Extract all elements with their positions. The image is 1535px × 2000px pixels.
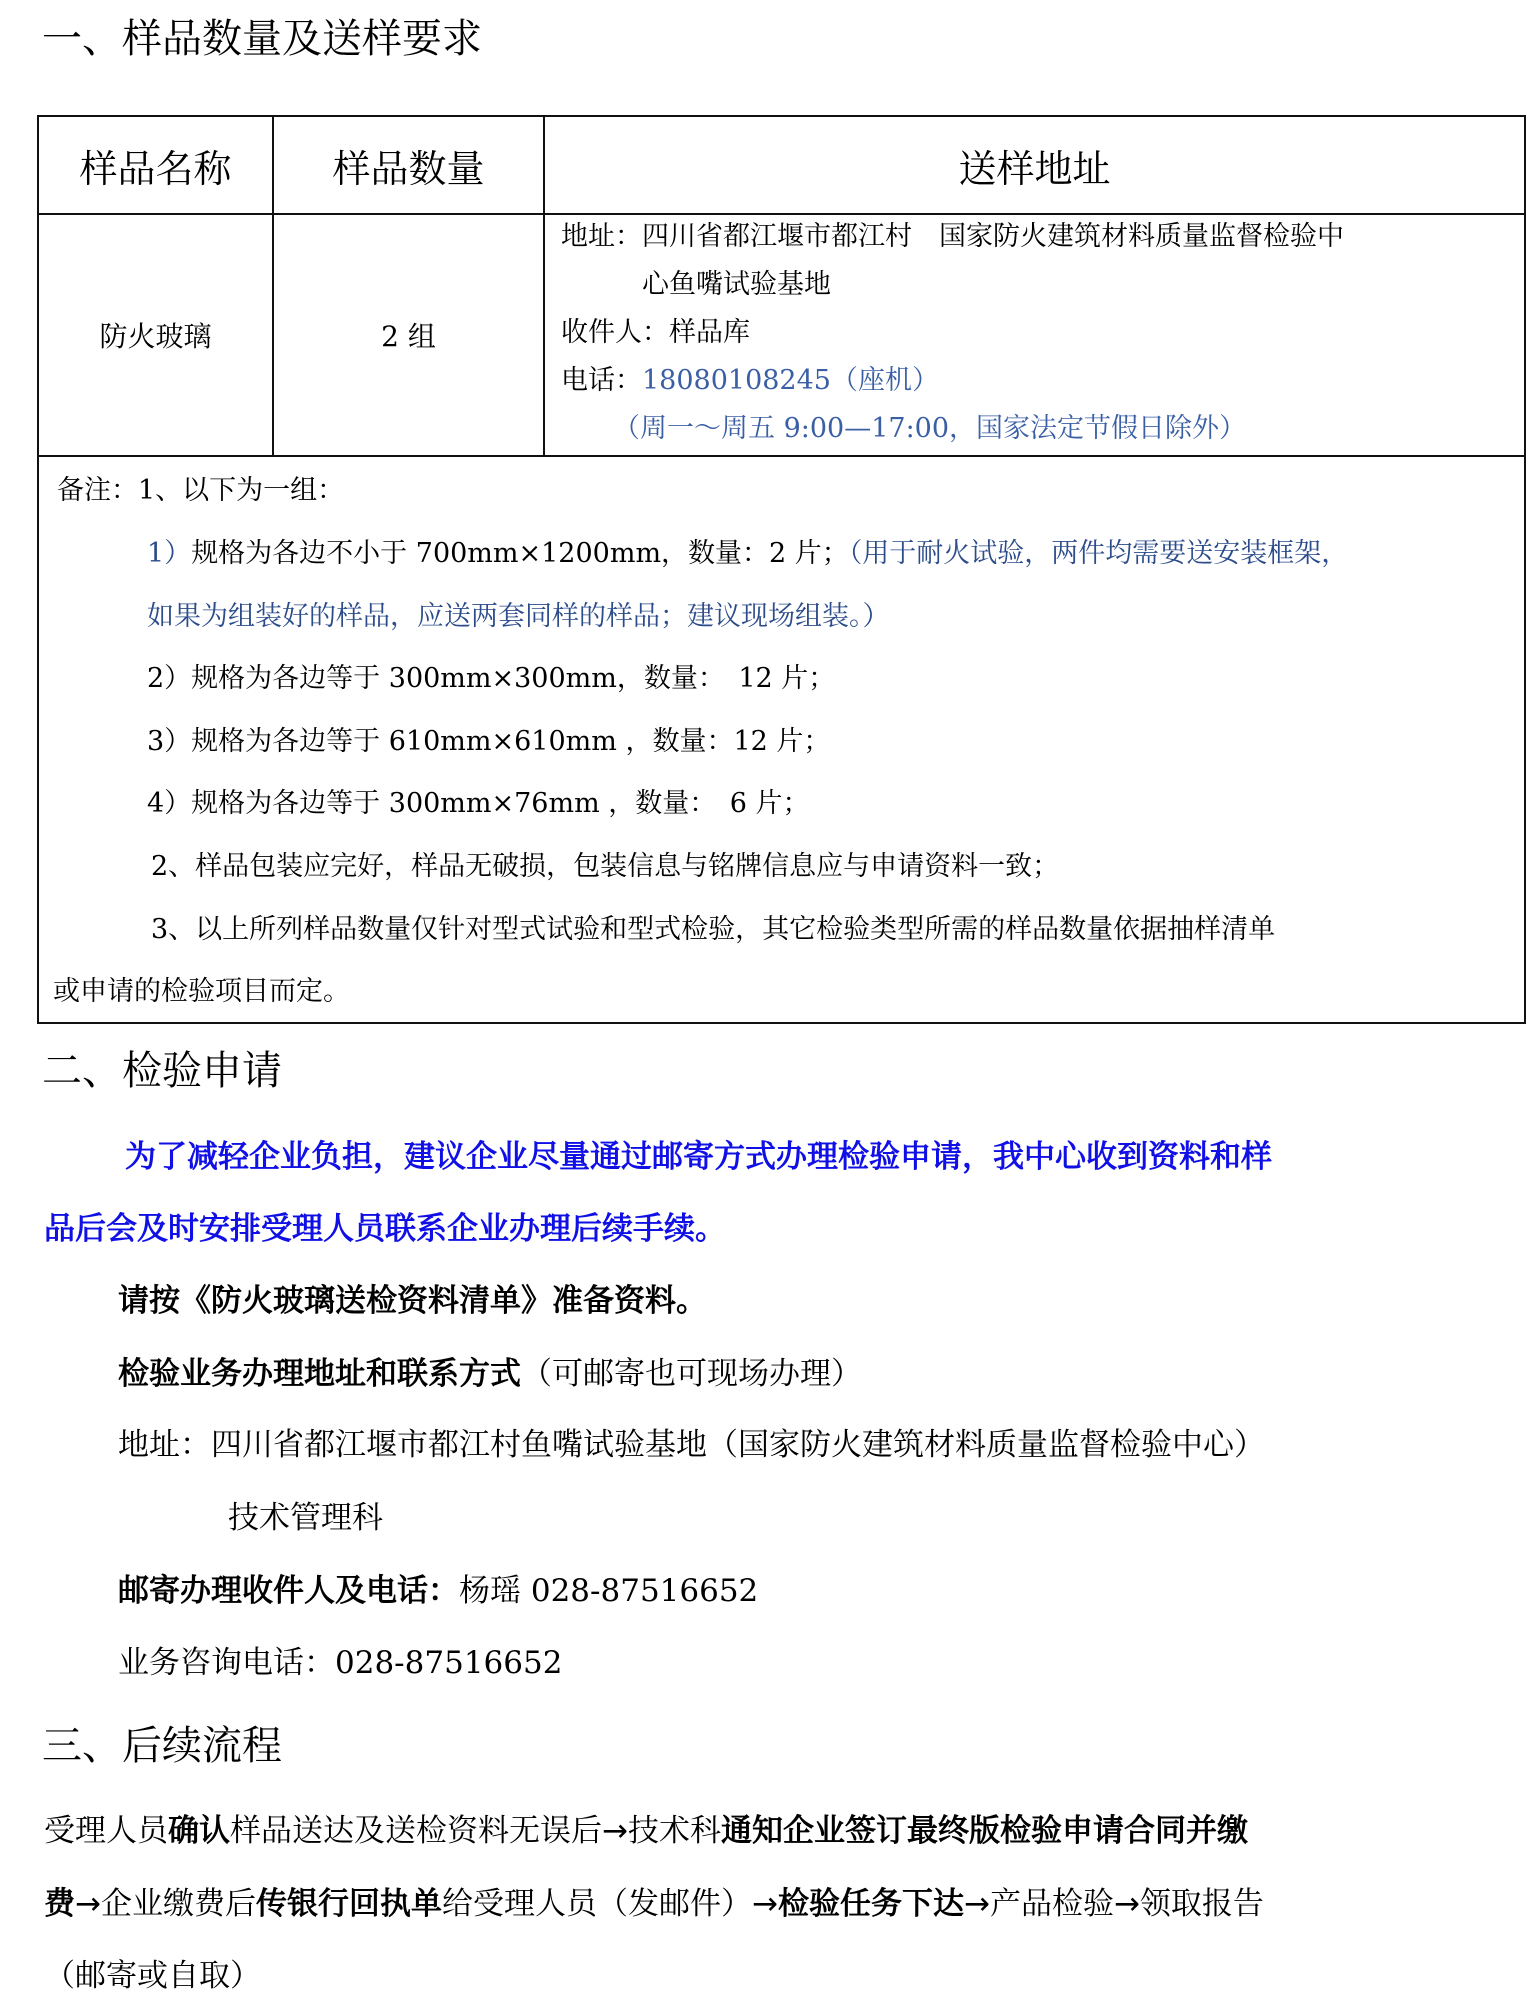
note-3-cont: 或申请的检验项目而定。 <box>53 972 350 1012</box>
flow-line-2: 费→企业缴费后传银行回执单给受理人员（发邮件）→检验任务下达→产品检验→领取报告 <box>44 1882 1264 1926</box>
flow-step-emphasis: 传银行回执单 <box>256 1886 442 1922</box>
mail-contact: 杨瑶 028-87516652 <box>459 1573 758 1609</box>
note-item-1-number: 1） <box>147 538 191 569</box>
flow-step-emphasis: 费 <box>44 1886 75 1922</box>
address-line-2: 心鱼嘴试验基地 <box>642 267 831 303</box>
section1-heading: 一、样品数量及送样要求 <box>42 14 482 64</box>
phone-label: 电话： <box>561 365 642 396</box>
note-2: 2、样品包装应完好，样品无破损，包装信息与铭牌信息应与申请资料一致； <box>151 847 1059 887</box>
sample-requirements-table: 样品名称 样品数量 送样地址 防火玻璃 2 组 地址：四川省都江堰市都江村 国家… <box>37 115 1526 1024</box>
consult-line: 业务咨询电话：028-87516652 <box>118 1641 562 1685</box>
flow-step-emphasis: 检验任务下达 <box>778 1886 964 1922</box>
note-item-2: 2）规格为各边等于 300mm×300mm，数量： 12 片； <box>147 659 835 699</box>
address-line: 地址：四川省都江堰市都江村 国家防火建筑材料质量监督检验中 <box>561 219 1344 255</box>
section3-heading: 三、后续流程 <box>42 1721 282 1771</box>
flow-step-emphasis: 确认 <box>168 1813 230 1849</box>
section2-intro-line1: 为了减轻企业负担，建议企业尽量通过邮寄方式办理检验申请，我中心收到资料和样 <box>125 1135 1272 1179</box>
section2-intro-line2: 品后会及时安排受理人员联系企业办理后续手续。 <box>44 1207 726 1251</box>
header-sample-quantity: 样品数量 <box>273 116 544 214</box>
delivery-address-cell: 地址：四川省都江堰市都江村 国家防火建筑材料质量监督检验中 心鱼嘴试验基地 收件… <box>544 214 1525 456</box>
header-sample-name: 样品名称 <box>38 116 273 214</box>
note-item-1: 1）规格为各边不小于 700mm×1200mm，数量：2 片；（用于耐火试验，两… <box>147 534 1348 574</box>
recipient-line: 收件人：样品库 <box>561 315 750 351</box>
flow-step: 受理人员 <box>44 1813 168 1849</box>
section2-heading: 二、检验申请 <box>42 1046 282 1096</box>
sample-name-cell: 防火玻璃 <box>38 214 273 456</box>
mail-contact-label: 邮寄办理收件人及电话： <box>118 1573 459 1609</box>
mail-contact-line: 邮寄办理收件人及电话：杨瑶 028-87516652 <box>118 1569 758 1613</box>
phone-line: 电话：18080108245（座机） <box>561 363 939 399</box>
flow-step: →企业缴费后 <box>75 1886 256 1922</box>
note-item-1-remark-cont: 如果为组装好的样品，应送两套同样的样品；建议现场组装。） <box>147 597 890 637</box>
note-item-1-text: 规格为各边不小于 700mm×1200mm，数量：2 片； <box>191 538 849 569</box>
table-row: 防火玻璃 2 组 地址：四川省都江堰市都江村 国家防火建筑材料质量监督检验中 心… <box>38 214 1525 456</box>
note-item-4: 4）规格为各边等于 300mm×76mm ，数量： 6 片； <box>147 784 810 824</box>
contact-heading-line: 检验业务办理地址和联系方式（可邮寄也可现场办理） <box>118 1352 862 1396</box>
address-value: 四川省都江堰市都江村 国家防火建筑材料质量监督检验中 <box>642 221 1344 252</box>
flow-step: 样品送达及送检资料无误后→技术科 <box>230 1813 721 1849</box>
office-address: 四川省都江堰市都江村鱼嘴试验基地（国家防火建筑材料质量监督检验中心） <box>211 1427 1265 1463</box>
recipient-value: 样品库 <box>669 317 750 348</box>
note-item-1-remark: （用于耐火试验，两件均需要送安装框架， <box>849 538 1349 569</box>
table-header-row: 样品名称 样品数量 送样地址 <box>38 116 1525 214</box>
office-hours: （周一～周五 9:00—17:00，国家法定节假日除外） <box>613 411 1246 447</box>
address-label: 地址： <box>561 221 642 252</box>
contact-heading-note: （可邮寄也可现场办理） <box>521 1356 862 1392</box>
note-item-3: 3）规格为各边等于 610mm×610mm ，数量：12 片； <box>147 722 830 762</box>
recipient-label: 收件人： <box>561 317 669 348</box>
phone-value: 18080108245（座机） <box>642 365 939 396</box>
office-address-line: 地址：四川省都江堰市都江村鱼嘴试验基地（国家防火建筑材料质量监督检验中心） <box>118 1423 1265 1467</box>
flow-line-1: 受理人员确认样品送达及送检资料无误后→技术科通知企业签订最终版检验申请合同并缴 <box>44 1809 1248 1853</box>
flow-line-3: （邮寄或自取） <box>44 1954 261 1998</box>
note-3: 3、以上所列样品数量仅针对型式试验和型式检验，其它检验类型所需的样品数量依据抽样… <box>151 910 1275 950</box>
flow-step: →产品检验→领取报告 <box>964 1886 1264 1922</box>
notes-cell: 备注：1、以下为一组： 1）规格为各边不小于 700mm×1200mm，数量：2… <box>38 456 1525 1023</box>
prepare-documents: 请按《防火玻璃送检资料清单》准备资料。 <box>118 1279 707 1323</box>
consult-phone: 028-87516652 <box>335 1645 562 1681</box>
contact-heading: 检验业务办理地址和联系方式 <box>118 1356 521 1392</box>
notes-row: 备注：1、以下为一组： 1）规格为各边不小于 700mm×1200mm，数量：2… <box>38 456 1525 1023</box>
flow-step-emphasis: 通知企业签订最终版检验申请合同并缴 <box>721 1813 1248 1849</box>
header-delivery-address: 送样地址 <box>544 116 1525 214</box>
consult-label: 业务咨询电话： <box>118 1645 335 1681</box>
flow-step: 给受理人员（发邮件）→ <box>442 1886 778 1922</box>
office-address-label: 地址： <box>118 1427 211 1463</box>
sample-quantity-cell: 2 组 <box>273 214 544 456</box>
department: 技术管理科 <box>228 1496 383 1540</box>
notes-intro: 备注：1、以下为一组： <box>57 471 344 511</box>
